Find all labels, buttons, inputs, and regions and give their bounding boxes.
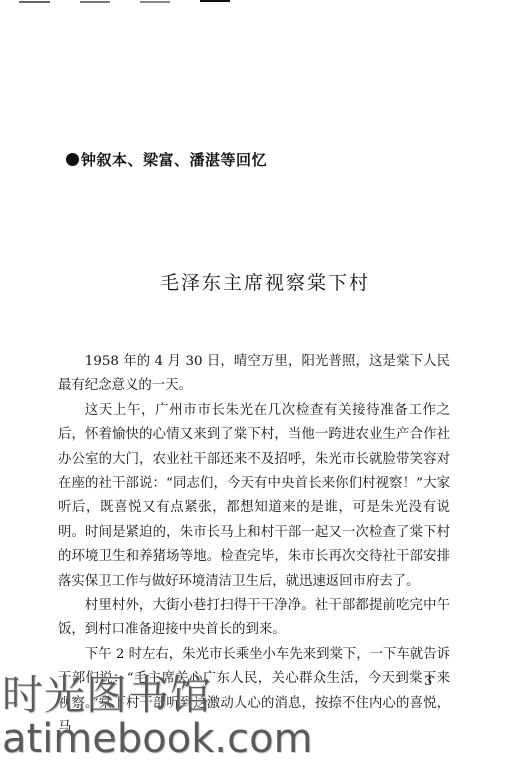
watermark-name: 时光图书馆 xyxy=(2,662,212,721)
top-edge-rules xyxy=(0,0,512,8)
top-rule xyxy=(200,0,230,2)
paragraph: 这天上午，广州市市长朱光在几次检查有关接待准备工作之后，怀着愉快的心情又来到了棠… xyxy=(58,399,450,594)
top-rule xyxy=(19,1,50,3)
paragraph: 村里村外，大街小巷打扫得干干净净。社干部都提前吃完中午饭，到村口准备迎接中央首长… xyxy=(58,594,450,643)
watermark-url: atimebook.com xyxy=(2,716,313,762)
top-rule xyxy=(80,1,110,3)
section-tag: 钟叙本、梁富、潘湛等回忆 xyxy=(66,149,267,170)
top-rule xyxy=(140,1,170,3)
bullet-dot-icon xyxy=(66,153,79,166)
section-tag-text: 钟叙本、梁富、潘湛等回忆 xyxy=(81,149,267,170)
paragraph: 1958 年的 4 月 30 日，晴空万里，阳光普照，这是棠下人民最有纪念意义的… xyxy=(58,350,450,399)
page-number: 3 xyxy=(424,674,432,689)
article-title: 毛泽东主席视察棠下村 xyxy=(0,268,512,295)
